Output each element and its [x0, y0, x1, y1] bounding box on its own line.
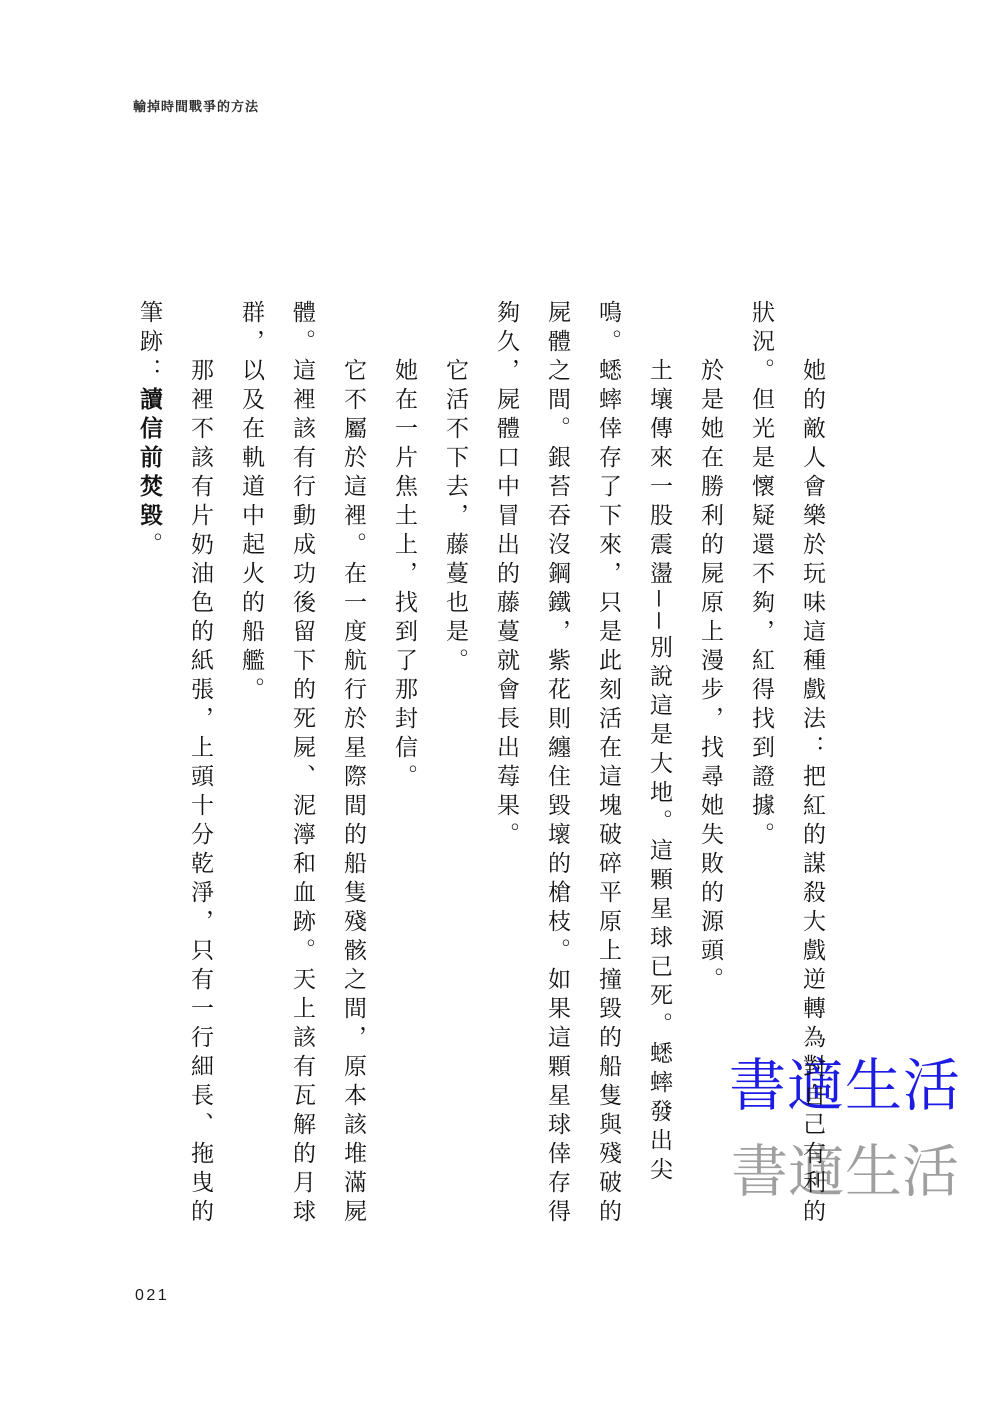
text-segment: 她的敵人會樂於玩味這種戲法：把紅的謀殺大戲逆轉為對自己有利的狀況。但光是懷疑還不… [749, 300, 825, 1228]
paragraph: 它活不下去，藤蔓也是。 [430, 300, 481, 1240]
text-segment: 它不屬於這裡。在一度航行於星際間的船隻殘骸之間，原本該堆滿屍體。這裡該有行動成功… [239, 300, 366, 1228]
running-head: 輸掉時間戰爭的方法 [133, 96, 259, 115]
paragraph: 那裡不該有片奶油色的紙張，上頭十分乾淨，只有一行細長、拖曳的筆跡：讀信前焚毀。 [124, 300, 226, 1240]
paragraph: 她在一片焦土上，找到了那封信。 [379, 300, 430, 1240]
text-segment: 它活不下去，藤蔓也是。 [443, 358, 468, 677]
bold-phrase: 讀信前焚毀 [137, 387, 162, 532]
paragraph: 於是她在勝利的屍原上漫步，找尋她失敗的源頭。 [685, 300, 736, 1240]
page-number: 021 [135, 1287, 169, 1305]
paragraph: 她的敵人會樂於玩味這種戲法：把紅的謀殺大戲逆轉為對自己有利的狀況。但光是懷疑還不… [736, 300, 838, 1240]
text-segment: 她在一片焦土上，找到了那封信。 [392, 358, 417, 793]
paragraph: 它不屬於這裡。在一度航行於星際間的船隻殘骸之間，原本該堆滿屍體。這裡該有行動成功… [226, 300, 379, 1240]
text-segment: 土壤傳來一股震盪──別說這是大地。這顆星球已死。蟋蟀發出尖鳴。蟋蟀倖存了下來，只… [494, 300, 672, 1228]
text-segment: 於是她在勝利的屍原上漫步，找尋她失敗的源頭。 [698, 358, 723, 996]
text-segment: 。 [137, 532, 162, 561]
paragraph: 土壤傳來一股震盪──別說這是大地。這顆星球已死。蟋蟀發出尖鳴。蟋蟀倖存了下來，只… [481, 300, 685, 1240]
text-block: 她的敵人會樂於玩味這種戲法：把紅的謀殺大戲逆轉為對自己有利的狀況。但光是懷疑還不… [124, 300, 838, 1240]
